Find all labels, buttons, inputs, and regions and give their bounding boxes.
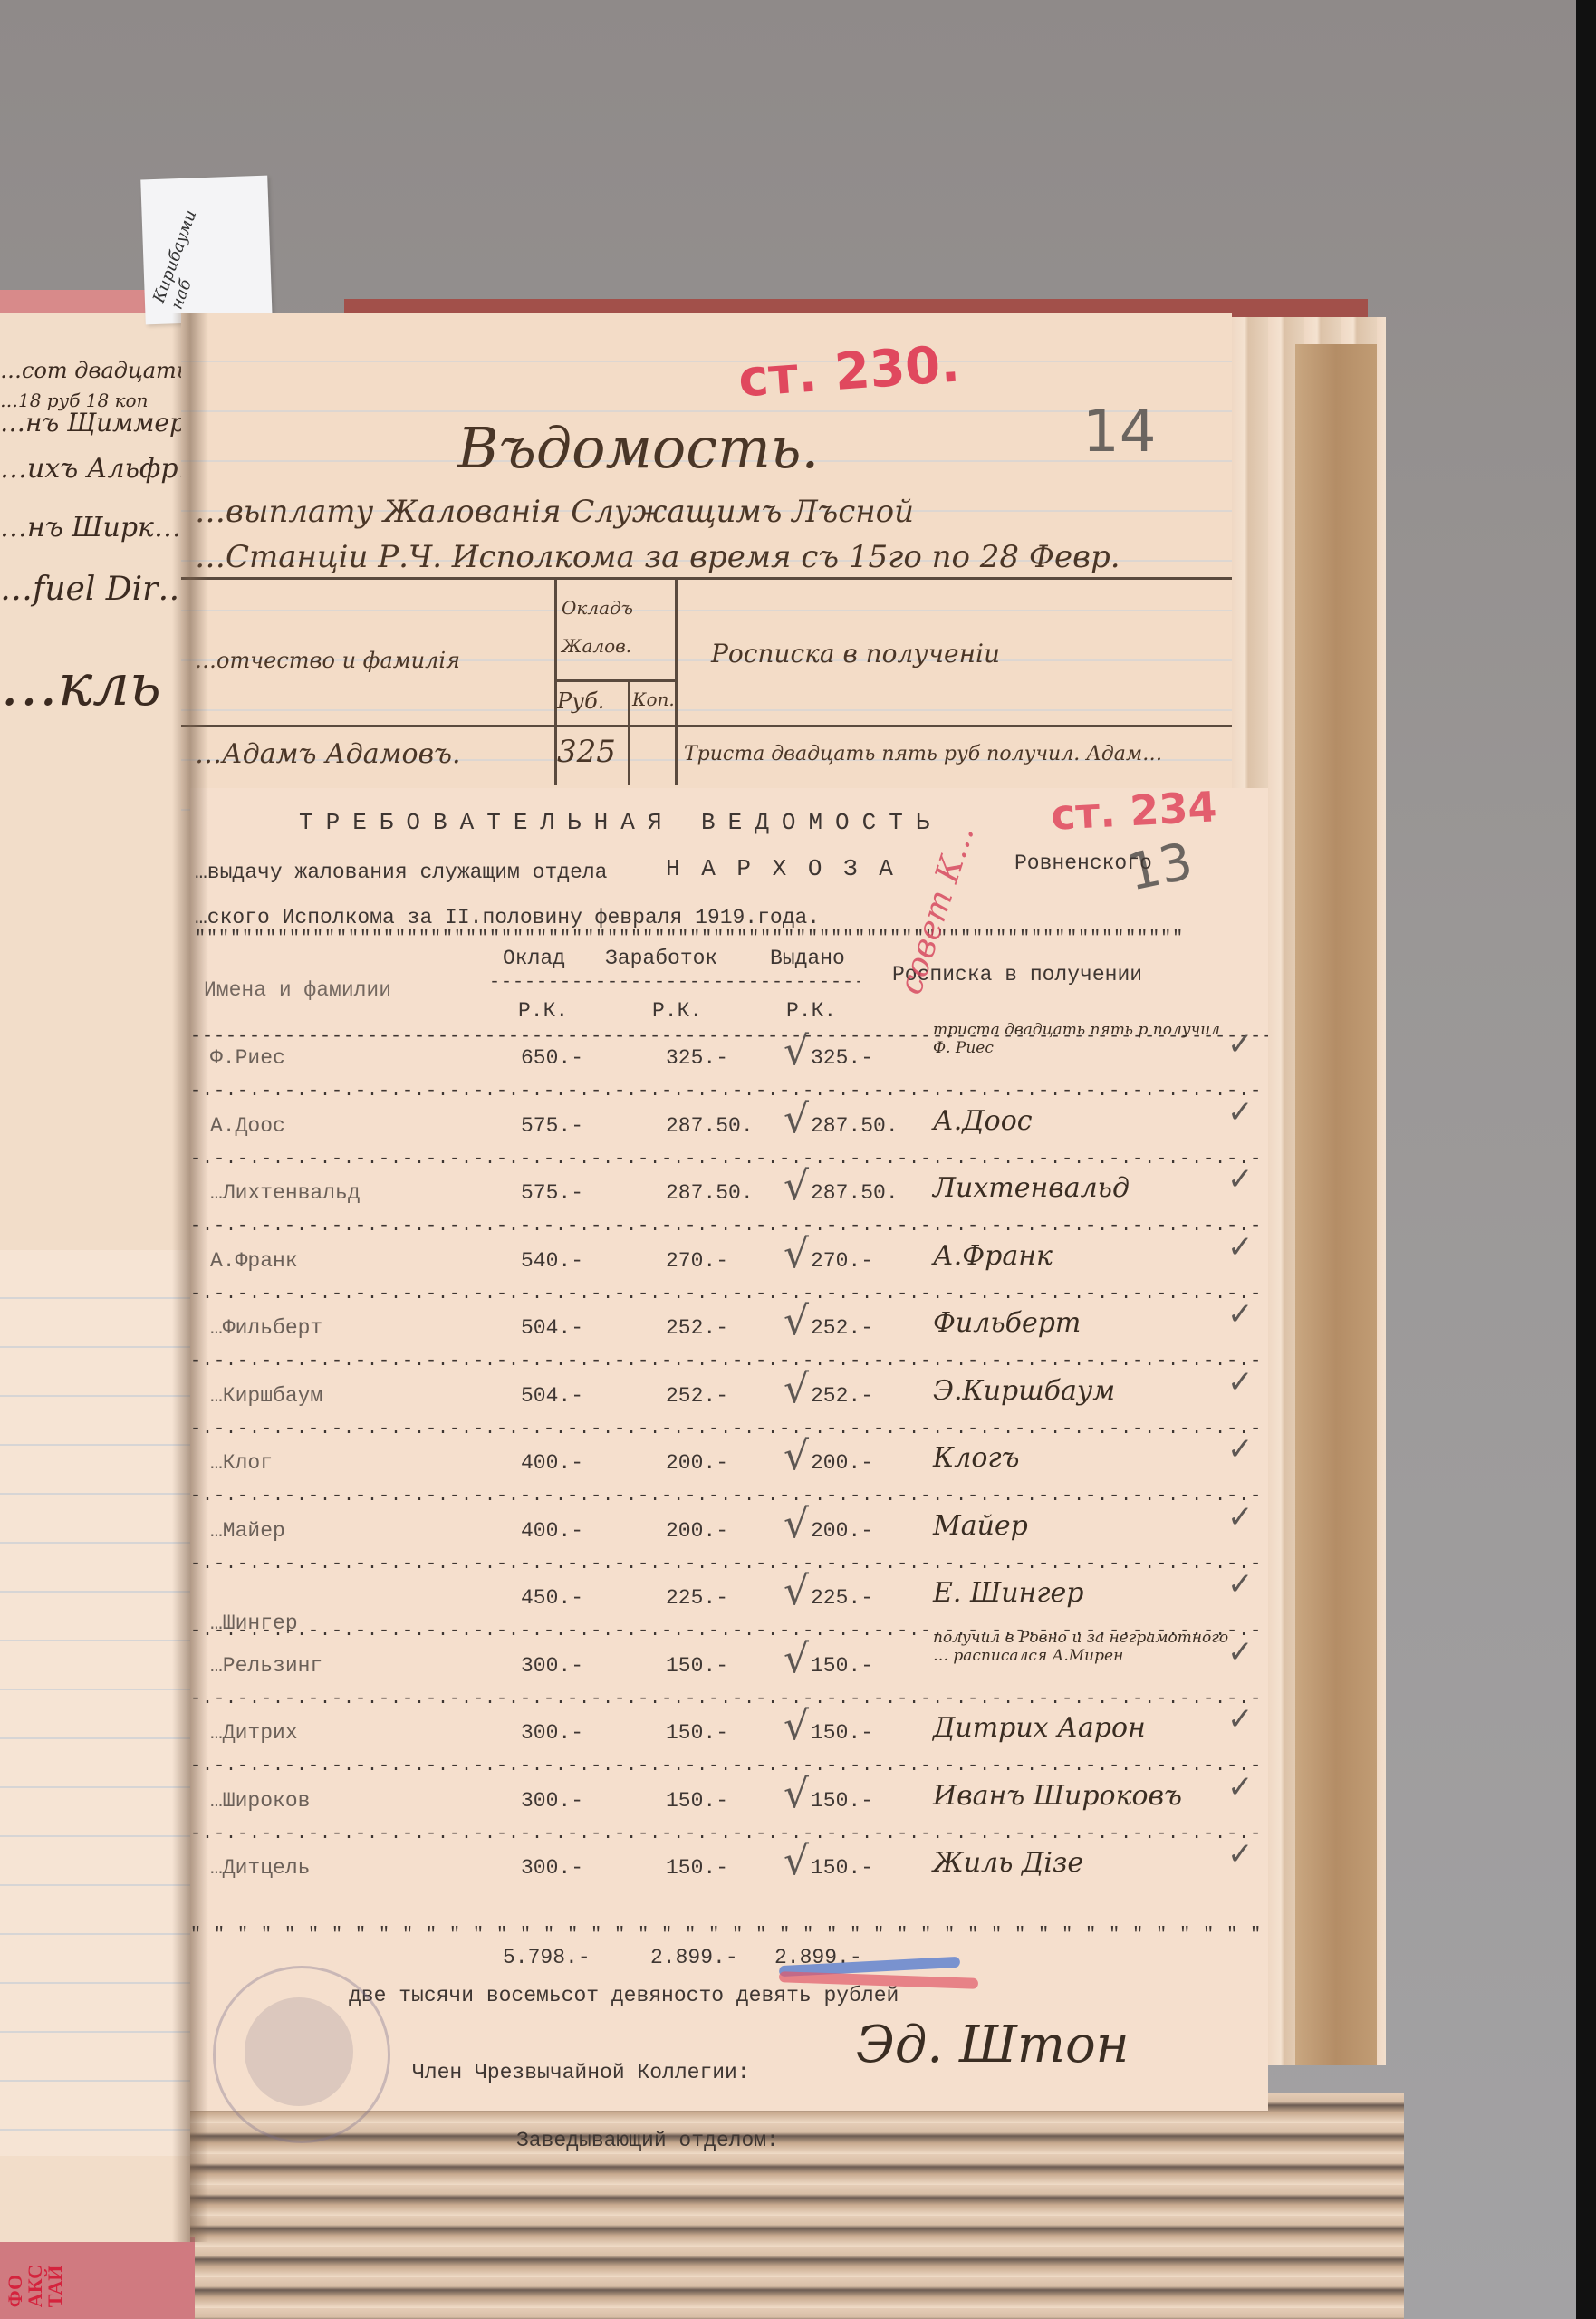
left-page-line: …кль — [0, 652, 161, 719]
row-name: …Киршбаум — [210, 1384, 322, 1408]
checkmark-icon: ✓ — [1227, 1634, 1254, 1670]
row-salary: 300.- — [521, 1789, 583, 1813]
row-paid: 287.50. — [811, 1114, 899, 1138]
dotted-rule: -.-.-.-.-.-.-.-.-.-.-.-.-.-.-.-.-.-.-.-.… — [190, 1554, 1259, 1574]
row-signature: Майер — [933, 1510, 1028, 1542]
table-divider — [628, 679, 630, 785]
handwritten-subtitle-2: …Станціи Р.Ч. Исполкома за время съ 15го… — [195, 539, 1120, 575]
checkmark-icon: √ — [784, 1838, 809, 1884]
row-salary: 504.- — [521, 1384, 583, 1408]
row-earned: 225.- — [666, 1586, 728, 1610]
row-salary: 504.- — [521, 1316, 583, 1340]
dotted-rule: " " " " " " " " " " " " " " " " " " " " … — [190, 1925, 1268, 1946]
checkmark-icon: √ — [784, 1028, 809, 1074]
row-salary: 300.- — [521, 1721, 583, 1745]
archive-mark-red: ст. 234 — [1050, 782, 1218, 840]
col-header-kop: Коп. — [632, 688, 675, 710]
unit-earned: Р.К. — [652, 999, 702, 1023]
row-earned: 252.- — [666, 1316, 728, 1340]
col-header-name: Имена и фамилии — [204, 978, 391, 1002]
row-name: …Фильберт — [210, 1316, 322, 1340]
document-title: ТРЕБОВАТЕЛЬНАЯ ВЕДОМОСТЬ — [299, 809, 942, 836]
department-name: Н А Р Х О З А — [666, 855, 897, 882]
table-rule — [181, 577, 1232, 580]
checkmark-icon: √ — [784, 1366, 809, 1412]
row-earned: 150.- — [666, 1721, 728, 1745]
row-earned: 150.- — [666, 1789, 728, 1813]
signatory-2-label: Заведывающий отделом: — [516, 2129, 779, 2152]
checkmark-icon: √ — [784, 1568, 809, 1614]
row-signature: А.Доос — [933, 1105, 1033, 1137]
page-stack-bottom — [190, 2093, 1404, 2319]
dotted-rule: -.-.-.-.-.-.-.-.-.-.-.-.-.-.-.-.-.-.-.-.… — [190, 1486, 1259, 1506]
book-gutter-shadow — [172, 313, 208, 2242]
checkmark-icon: ✓ — [1227, 1701, 1254, 1737]
checkmark-icon: ✓ — [1227, 1836, 1254, 1872]
checkmark-icon: ✓ — [1227, 1229, 1254, 1265]
row-salary: 450.- — [521, 1586, 583, 1610]
row-signature: Фильберт — [933, 1307, 1081, 1339]
round-seal-emblem — [245, 1997, 353, 2106]
left-page-lined-area — [0, 1250, 190, 2156]
row-signature: Э.Киршбаум — [933, 1375, 1115, 1407]
table-divider — [675, 577, 678, 785]
row-paid: 225.- — [811, 1586, 873, 1610]
dotted-rule: -.-.-.-.-.-.-.-.-.-.-.-.-.-.-.-.-.-.-.-.… — [190, 1081, 1259, 1102]
row-name: …Майер — [210, 1519, 285, 1543]
dotted-rule: -.-.-.-.-.-.-.-.-.-.-.-.-.-.-.-.-.-.-.-.… — [190, 1284, 1259, 1304]
row-earned: 200.- — [666, 1519, 728, 1543]
row-paid: 150.- — [811, 1654, 873, 1678]
row-name: …Дитрих — [210, 1721, 298, 1745]
row-signature: триста двадцать пять р получил Ф. Риес — [933, 1021, 1232, 1057]
row-name: …Адамъ Адамовъ. — [195, 738, 461, 770]
total-salary: 5.798.- — [503, 1946, 591, 1969]
row-salary: 400.- — [521, 1519, 583, 1543]
header-line-1-suffix: Ровненского — [1014, 852, 1152, 875]
checkmark-icon: √ — [784, 1298, 809, 1344]
row-paid: 200.- — [811, 1451, 873, 1475]
dotted-rule: -.-.-.-.-.-.-.-.-.-.-.-.-.-.-.-.-.-.-.-.… — [190, 1149, 1259, 1169]
unit-salary: Р.К. — [518, 999, 568, 1023]
signatory-1-label: Член Чрезвычайной Коллегии: — [412, 2061, 750, 2084]
row-signature: Дитрих Аарон — [933, 1712, 1146, 1744]
amount-in-words: две тысячи восемьсот девяносто девять ру… — [349, 1984, 899, 2007]
handwritten-title: Въдомость. — [457, 415, 819, 481]
dotted-rule: -.-.-.-.-.-.-.-.-.-.-.-.-.-.-.-.-.-.-.-.… — [190, 1419, 1259, 1439]
header-line-1-prefix: …выдачу жалования служащим отдела — [195, 861, 607, 884]
row-salary: 300.- — [521, 1856, 583, 1880]
dotted-rule: -.-.-.-.-.-.-.-.-.-.-.-.-.-.-.-.-.-.-.-.… — [190, 1689, 1259, 1709]
row-name: Ф.Риес — [210, 1046, 285, 1070]
spine-text-3: ТАЙ — [43, 2266, 66, 2308]
row-salary: 300.- — [521, 1654, 583, 1678]
checkmark-icon: ✓ — [1227, 1566, 1254, 1602]
scanner-edge — [1576, 0, 1596, 2319]
row-paid: 252.- — [811, 1384, 873, 1408]
row-earned: 287.50. — [666, 1114, 754, 1138]
row-signature: Клогъ — [933, 1442, 1020, 1474]
row-name: А.Франк — [210, 1249, 298, 1273]
row-signature: А.Франк — [933, 1240, 1053, 1272]
dotted-rule: -.-.-.-.-.-.-.-.-.-.-.-.-.-.-.-.-.-.-.-.… — [190, 1351, 1259, 1371]
row-salary: 400.- — [521, 1451, 583, 1475]
row-signature: Е. Шингер — [933, 1577, 1083, 1609]
dotted-rule: """"""""""""""""""""""""""""""""""""""""… — [195, 929, 1264, 949]
folio-number: 14 — [1082, 399, 1156, 466]
left-page-line: …fuel Dir… — [0, 571, 190, 608]
col-header-earned: Заработок — [605, 947, 717, 970]
row-salary: 650.- — [521, 1046, 583, 1070]
dotted-rule: ---------------------------------------- — [489, 972, 860, 993]
row-paid: 325.- — [811, 1046, 873, 1070]
row-earned: 200.- — [666, 1451, 728, 1475]
row-receipt: Триста двадцать пять руб получил. Адам… — [684, 743, 1162, 765]
total-earned: 2.899.- — [650, 1946, 738, 1969]
col-header-name: …отчество и фамилія — [195, 648, 460, 673]
checkmark-icon: √ — [784, 1163, 809, 1209]
checkmark-icon: √ — [784, 1771, 809, 1817]
row-salary: 575.- — [521, 1114, 583, 1138]
row-name: …Широков — [210, 1789, 310, 1813]
row-earned: 270.- — [666, 1249, 728, 1273]
row-signature: Иванъ Широковъ — [933, 1780, 1182, 1812]
row-paid: 270.- — [811, 1249, 873, 1273]
row-earned: 150.- — [666, 1856, 728, 1880]
left-page-line: …нъ Ширк… — [0, 512, 181, 544]
header-line-2: …ского Исполкома за II.половину февраля … — [195, 906, 820, 929]
row-signature: получил в Ровно и за неграмотного … расп… — [933, 1629, 1232, 1665]
unit-paid: Р.К. — [786, 999, 836, 1023]
row-name: А.Доос — [210, 1114, 285, 1138]
binder-spine-text: ФО АКС ТАЙ — [5, 2265, 65, 2307]
checkmark-icon: √ — [784, 1703, 809, 1749]
row-paid: 150.- — [811, 1721, 873, 1745]
row-earned: 252.- — [666, 1384, 728, 1408]
col-header-salary: Оклад — [503, 947, 565, 970]
checkmark-icon: ✓ — [1227, 1431, 1254, 1467]
row-paid: 150.- — [811, 1789, 873, 1813]
checkmark-icon: ✓ — [1227, 1026, 1254, 1063]
row-paid: 287.50. — [811, 1181, 899, 1205]
checkmark-icon: ✓ — [1227, 1364, 1254, 1400]
row-paid: 200.- — [811, 1519, 873, 1543]
checkmark-icon: √ — [784, 1636, 809, 1682]
row-name: …Клог — [210, 1451, 273, 1475]
checkmark-icon: √ — [784, 1501, 809, 1547]
handwritten-subtitle-1: …выплату Жалованія Служащимъ Лъсной — [195, 494, 914, 530]
row-signature: Лихтенвальд — [933, 1172, 1130, 1204]
checkmark-icon: ✓ — [1227, 1161, 1254, 1198]
row-salary: 575.- — [521, 1181, 583, 1205]
col-header-paid: Выдано — [770, 947, 845, 970]
col-header-rub: Руб. — [557, 688, 604, 714]
row-rub: 325 — [557, 734, 616, 770]
checkmark-icon: ✓ — [1227, 1499, 1254, 1535]
checkmark-icon: ✓ — [1227, 1296, 1254, 1333]
checkmark-icon: √ — [784, 1433, 809, 1479]
row-salary: 540.- — [521, 1249, 583, 1273]
row-name: …Дитцель — [210, 1856, 310, 1880]
dotted-rule: -.-.-.-.-.-.-.-.-.-.-.-.-.-.-.-.-.-.-.-.… — [190, 1823, 1259, 1844]
row-earned: 287.50. — [666, 1181, 754, 1205]
table-rule — [554, 679, 675, 682]
col-header-salary: Окладъ Жалов. — [562, 589, 661, 665]
row-signature: Жиль Дізе — [933, 1847, 1083, 1879]
signatory-1-signature: Эд. Штон — [856, 2016, 1130, 2074]
left-page-line: …сот двадцать — [0, 358, 188, 383]
checkmark-icon: √ — [784, 1096, 809, 1142]
checkmark-icon: ✓ — [1227, 1769, 1254, 1805]
row-paid: 150.- — [811, 1856, 873, 1880]
row-paid: 252.- — [811, 1316, 873, 1340]
row-earned: 325.- — [666, 1046, 728, 1070]
row-name: …Лихтенвальд — [210, 1181, 361, 1205]
checkmark-icon: ✓ — [1227, 1094, 1254, 1131]
dotted-rule: -.-.-.-.-.-.-.-.-.-.-.-.-.-.-.-.-.-.-.-.… — [190, 1756, 1259, 1776]
row-name: …Рельзинг — [210, 1654, 322, 1678]
col-header-receipt: Росписка в полученіи — [711, 639, 1000, 669]
checkmark-icon: √ — [784, 1231, 809, 1277]
row-earned: 150.- — [666, 1654, 728, 1678]
dotted-rule: -.-.-.-.-.-.-.-.-.-.-.-.-.-.-.-.-.-.-.-.… — [190, 1216, 1259, 1236]
page-stack-edge — [1295, 344, 1377, 2065]
table-rule — [181, 725, 1232, 727]
